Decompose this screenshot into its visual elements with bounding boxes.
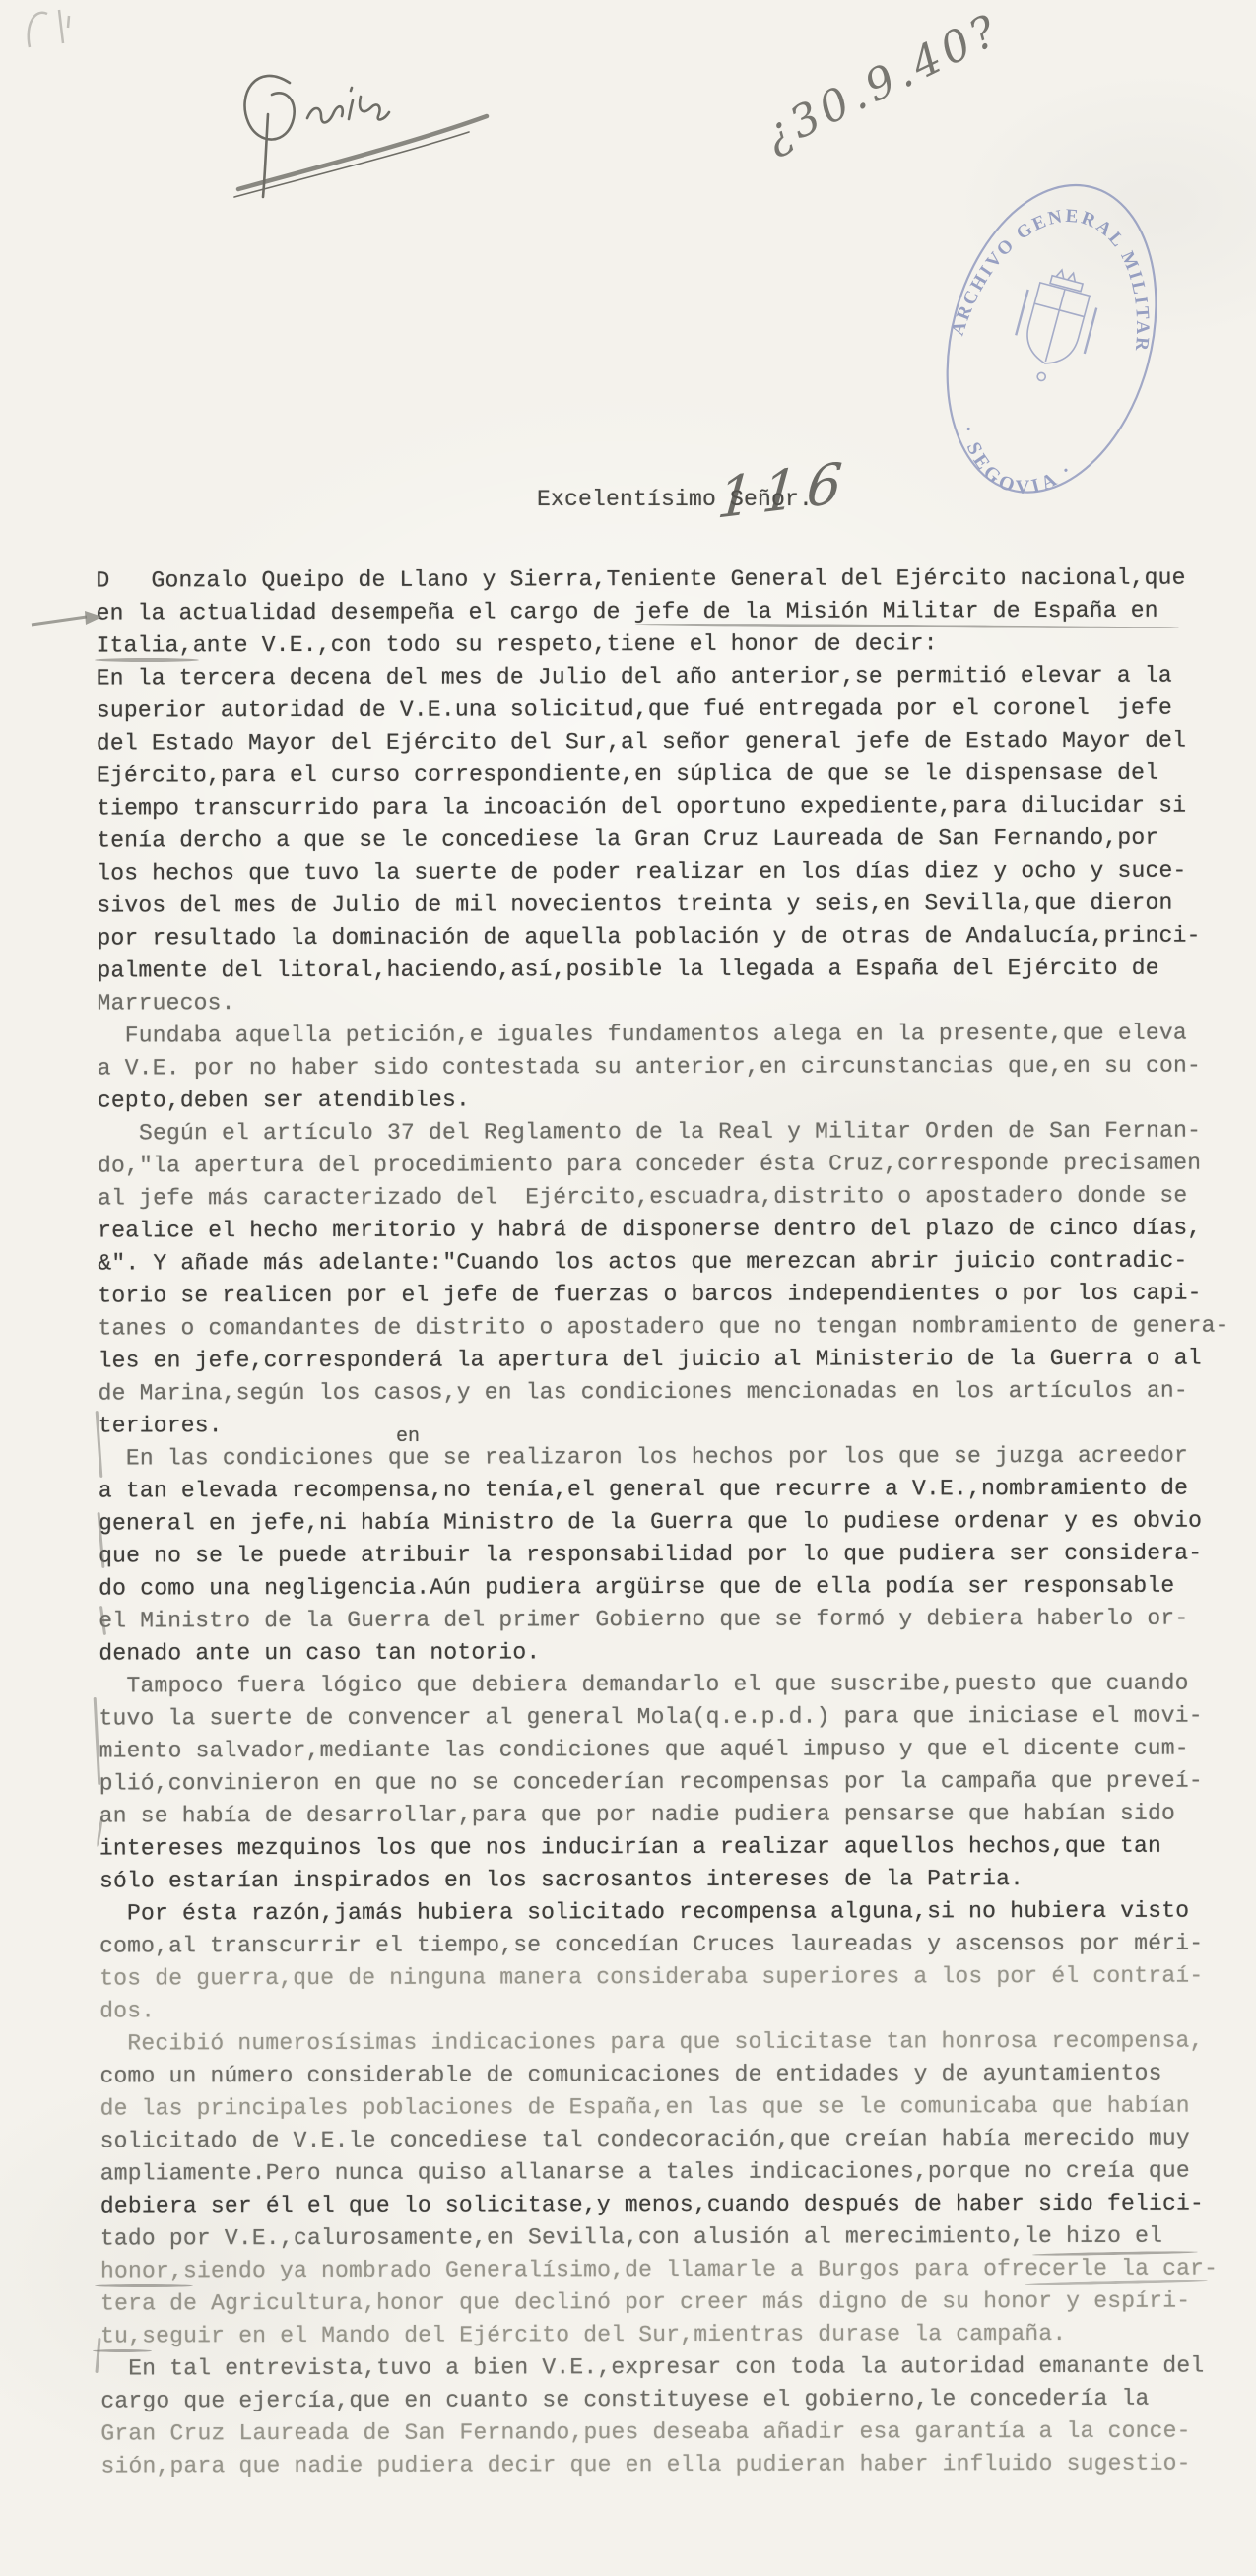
page-number-handwritten: 116 bbox=[715, 450, 855, 532]
typed-line: &". Y añade más adelante:"Cuando los act… bbox=[98, 1247, 1228, 1283]
typed-line: Por ésta razón,jamás hubiera solicitado … bbox=[99, 1897, 1230, 1933]
typed-line: como,al transcurrir el tiempo,se concedí… bbox=[99, 1930, 1230, 1965]
typed-line: Fundaba aquella petición,e iguales funda… bbox=[98, 1020, 1228, 1055]
typed-line: Tampoco fuera lógico que debiera demanda… bbox=[99, 1670, 1229, 1705]
stamp-top-text: ARCHIVO GENERAL MILITAR bbox=[947, 181, 1183, 385]
typed-line: honor,siendo ya nombrado Generalísimo,de… bbox=[100, 2255, 1231, 2290]
typed-line: D Gonzalo Queipo de Llano y Sierra,Tenie… bbox=[96, 565, 1226, 601]
typed-line: denado ante un caso tan notorio. bbox=[99, 1637, 1229, 1673]
typed-line: como un número considerable de comunicac… bbox=[99, 2060, 1230, 2095]
typed-line: al jefe más caracterizado del Ejército,e… bbox=[98, 1182, 1228, 1218]
typed-line: tanes o comandantes de distrito o aposta… bbox=[98, 1312, 1228, 1348]
typed-line: les en jefe,corresponderá la apertura de… bbox=[99, 1345, 1229, 1380]
typed-line: Italia,ante V.E.,con todo su respeto,tie… bbox=[97, 630, 1227, 666]
typed-line: tos de guerra,que de ninguna manera cons… bbox=[99, 1962, 1230, 1998]
pencil-underline bbox=[95, 2284, 193, 2287]
typed-line: de Marina,según los casos,y en las condi… bbox=[99, 1377, 1229, 1413]
typed-line: cargo que ejercía,que en cuanto se const… bbox=[100, 2385, 1231, 2420]
typed-line: tu,seguir en el Mando del Ejército del S… bbox=[100, 2320, 1231, 2355]
margin-arrow-icon bbox=[30, 607, 108, 636]
typed-line: que no se le puede atribuir la responsab… bbox=[99, 1540, 1229, 1575]
typed-line: cepto,deben ser atendibles. bbox=[98, 1085, 1228, 1120]
typed-line: do,"la apertura del procedimiento para c… bbox=[98, 1150, 1228, 1185]
handwritten-date-note: ¿30.9.40? bbox=[757, 4, 1009, 162]
handwritten-signature bbox=[229, 57, 534, 215]
typed-line: Ejército,para el curso correspondiente,e… bbox=[97, 760, 1227, 795]
typed-line: En la tercera decena del mes de Julio de… bbox=[97, 663, 1227, 698]
typed-line: Marruecos. bbox=[98, 987, 1228, 1023]
typed-line: a tan elevada recompensa,no tenía,el gen… bbox=[99, 1475, 1229, 1510]
typed-line: torio se realicen por el jefe de fuerzas… bbox=[98, 1280, 1228, 1315]
typed-line: ampliamente.Pero nunca quiso allanarse a… bbox=[100, 2157, 1231, 2193]
typed-line: tenía dercho a que se le concediese la G… bbox=[97, 825, 1227, 860]
typed-line: En las condiciones que se realizaron los… bbox=[99, 1442, 1229, 1478]
stamp-bottom-text: · SEGOVIA · bbox=[943, 419, 1085, 513]
typed-line: intereses mezquinos los que nos inducirí… bbox=[99, 1832, 1230, 1868]
typed-superscript-insert: en bbox=[396, 1425, 420, 1448]
typed-line: tiempo transcurrido para la incoación de… bbox=[97, 792, 1227, 827]
typed-line: an se había de desarrollar,para que por … bbox=[99, 1800, 1230, 1835]
typed-line: dos. bbox=[99, 1995, 1230, 2030]
archive-stamp: ARCHIVO GENERAL MILITAR · SEGOVIA · bbox=[901, 152, 1202, 529]
typed-line: los hechos que tuvo la suerte de poder r… bbox=[97, 857, 1227, 892]
typed-line: tera de Agricultura,honor que declinó po… bbox=[100, 2287, 1231, 2323]
typed-line: a V.E. por no haber sido contestada su a… bbox=[98, 1052, 1228, 1088]
typed-line: palmente del litoral,haciendo,así,posibl… bbox=[97, 955, 1227, 990]
typed-line: solicitado de V.E.le concediese tal cond… bbox=[100, 2125, 1231, 2160]
typed-line: sólo estarían inspirados en los sacrosan… bbox=[99, 1865, 1230, 1900]
typed-line: del Estado Mayor del Ejército del Sur,al… bbox=[97, 727, 1227, 762]
typed-line: miento salvador,mediante las condiciones… bbox=[99, 1735, 1230, 1770]
typed-line: tuvo la suerte de convencer al general M… bbox=[99, 1702, 1229, 1738]
typed-line: Gran Cruz Laureada de San Fernando,pues … bbox=[100, 2417, 1231, 2453]
typed-line: general en jefe,ni había Ministro de la … bbox=[99, 1507, 1229, 1543]
pencil-underline bbox=[95, 658, 199, 662]
typed-line: Recibió numerosísimas indicaciones para … bbox=[99, 2027, 1230, 2063]
typed-line: Según el artículo 37 del Reglamento de l… bbox=[98, 1117, 1228, 1153]
typed-line: de las principales poblaciones de España… bbox=[100, 2092, 1231, 2128]
typed-line: En tal entrevista,tuvo a bien V.E.,expre… bbox=[100, 2352, 1231, 2388]
typed-line: superior autoridad de V.E.una solicitud,… bbox=[97, 694, 1227, 730]
typed-line: por resultado la dominación de aquella p… bbox=[97, 922, 1227, 958]
pencil-underline bbox=[93, 2349, 152, 2352]
typed-line: realice el hecho meritorio y habrá de di… bbox=[98, 1215, 1228, 1250]
typed-line: teriores. bbox=[99, 1410, 1229, 1445]
typed-line: sión,para que nadie pudiera decir que en… bbox=[100, 2450, 1231, 2485]
document-page: ¿30.9.40? ARCHIVO GENERAL MILITAR · SEGO… bbox=[0, 0, 1256, 2576]
document-body: D Gonzalo Queipo de Llano y Sierra,Tenie… bbox=[96, 565, 1231, 2486]
typed-line: plió,convinieron en que no se concedería… bbox=[99, 1767, 1230, 1803]
corner-pencil-scuff bbox=[18, 2, 87, 57]
typed-line: debiera ser él el que lo solicitase,y me… bbox=[100, 2190, 1231, 2225]
typed-line: sivos del mes de Julio de mil noveciento… bbox=[97, 890, 1227, 925]
typed-line: do como una negligencia.Aún pudiera argü… bbox=[99, 1572, 1229, 1608]
typed-line: el Ministro de la Guerra del primer Gobi… bbox=[99, 1605, 1229, 1640]
